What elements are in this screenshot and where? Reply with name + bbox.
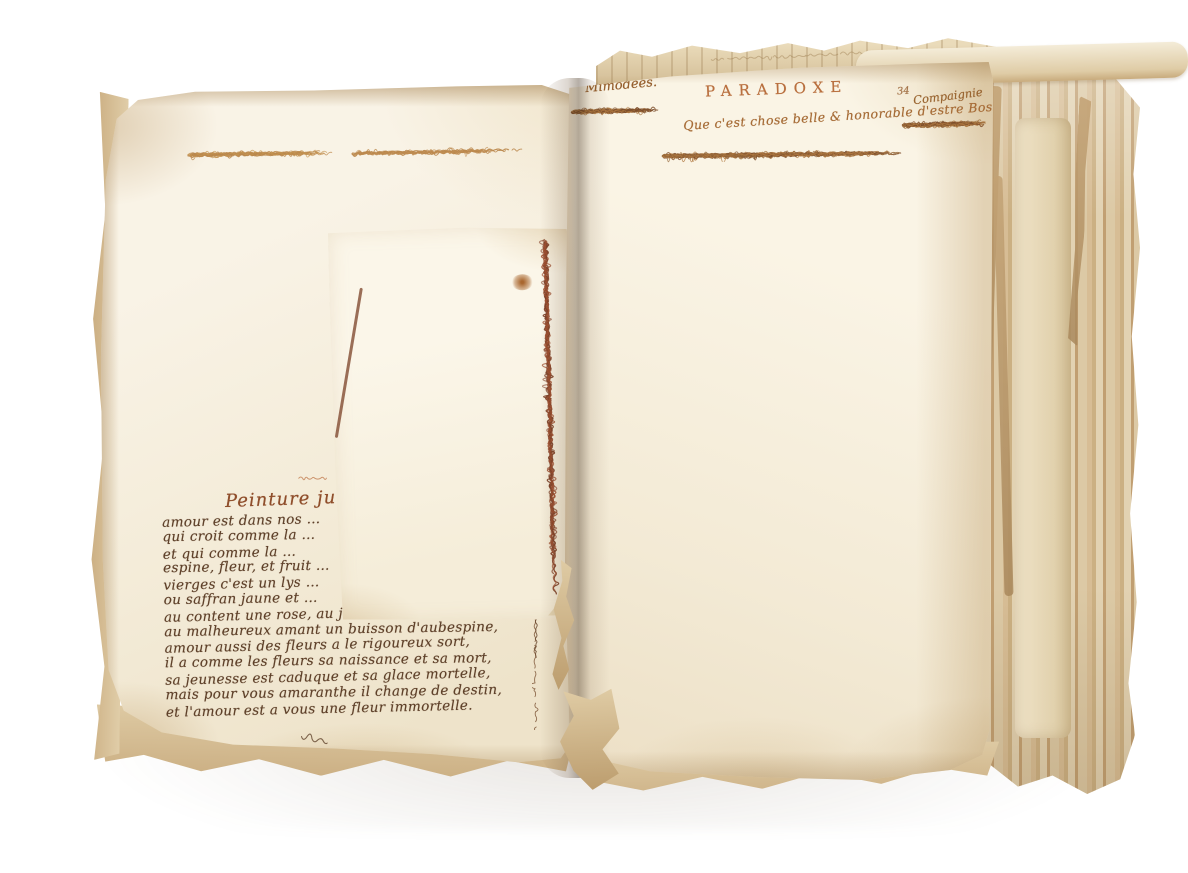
script-line <box>293 471 327 483</box>
right-page: Mimodées. PARADOXE 34 Compaignie Que c'e… <box>565 62 993 780</box>
script-line <box>297 726 330 748</box>
ink-flourish <box>300 726 333 733</box>
script-line <box>570 102 625 118</box>
fore-edge-pale-band <box>1015 118 1071 738</box>
script-line <box>532 613 541 659</box>
body-text-block <box>661 144 903 147</box>
script-line <box>901 115 970 131</box>
fore-edge-stack <box>975 56 1140 794</box>
photo-canvas: Peinture ju amour est dans nos …qui croi… <box>0 0 1188 873</box>
slip-rotated-text-area <box>347 237 565 612</box>
script-line <box>706 46 877 64</box>
poem-column-1 <box>186 144 338 147</box>
folio-number: 34 <box>897 86 910 98</box>
script-line <box>186 145 262 161</box>
script-line <box>350 142 471 159</box>
gutter-note <box>524 613 542 743</box>
left-margin-notes <box>570 101 658 103</box>
poem-title: Peinture ju <box>225 487 337 512</box>
page-heading: PARADOXE <box>705 78 849 101</box>
script-line <box>538 237 560 426</box>
torn-page-strip <box>994 176 1014 596</box>
poem-column-2 <box>350 141 528 144</box>
insert-slip <box>328 225 584 625</box>
script-line <box>661 146 747 162</box>
